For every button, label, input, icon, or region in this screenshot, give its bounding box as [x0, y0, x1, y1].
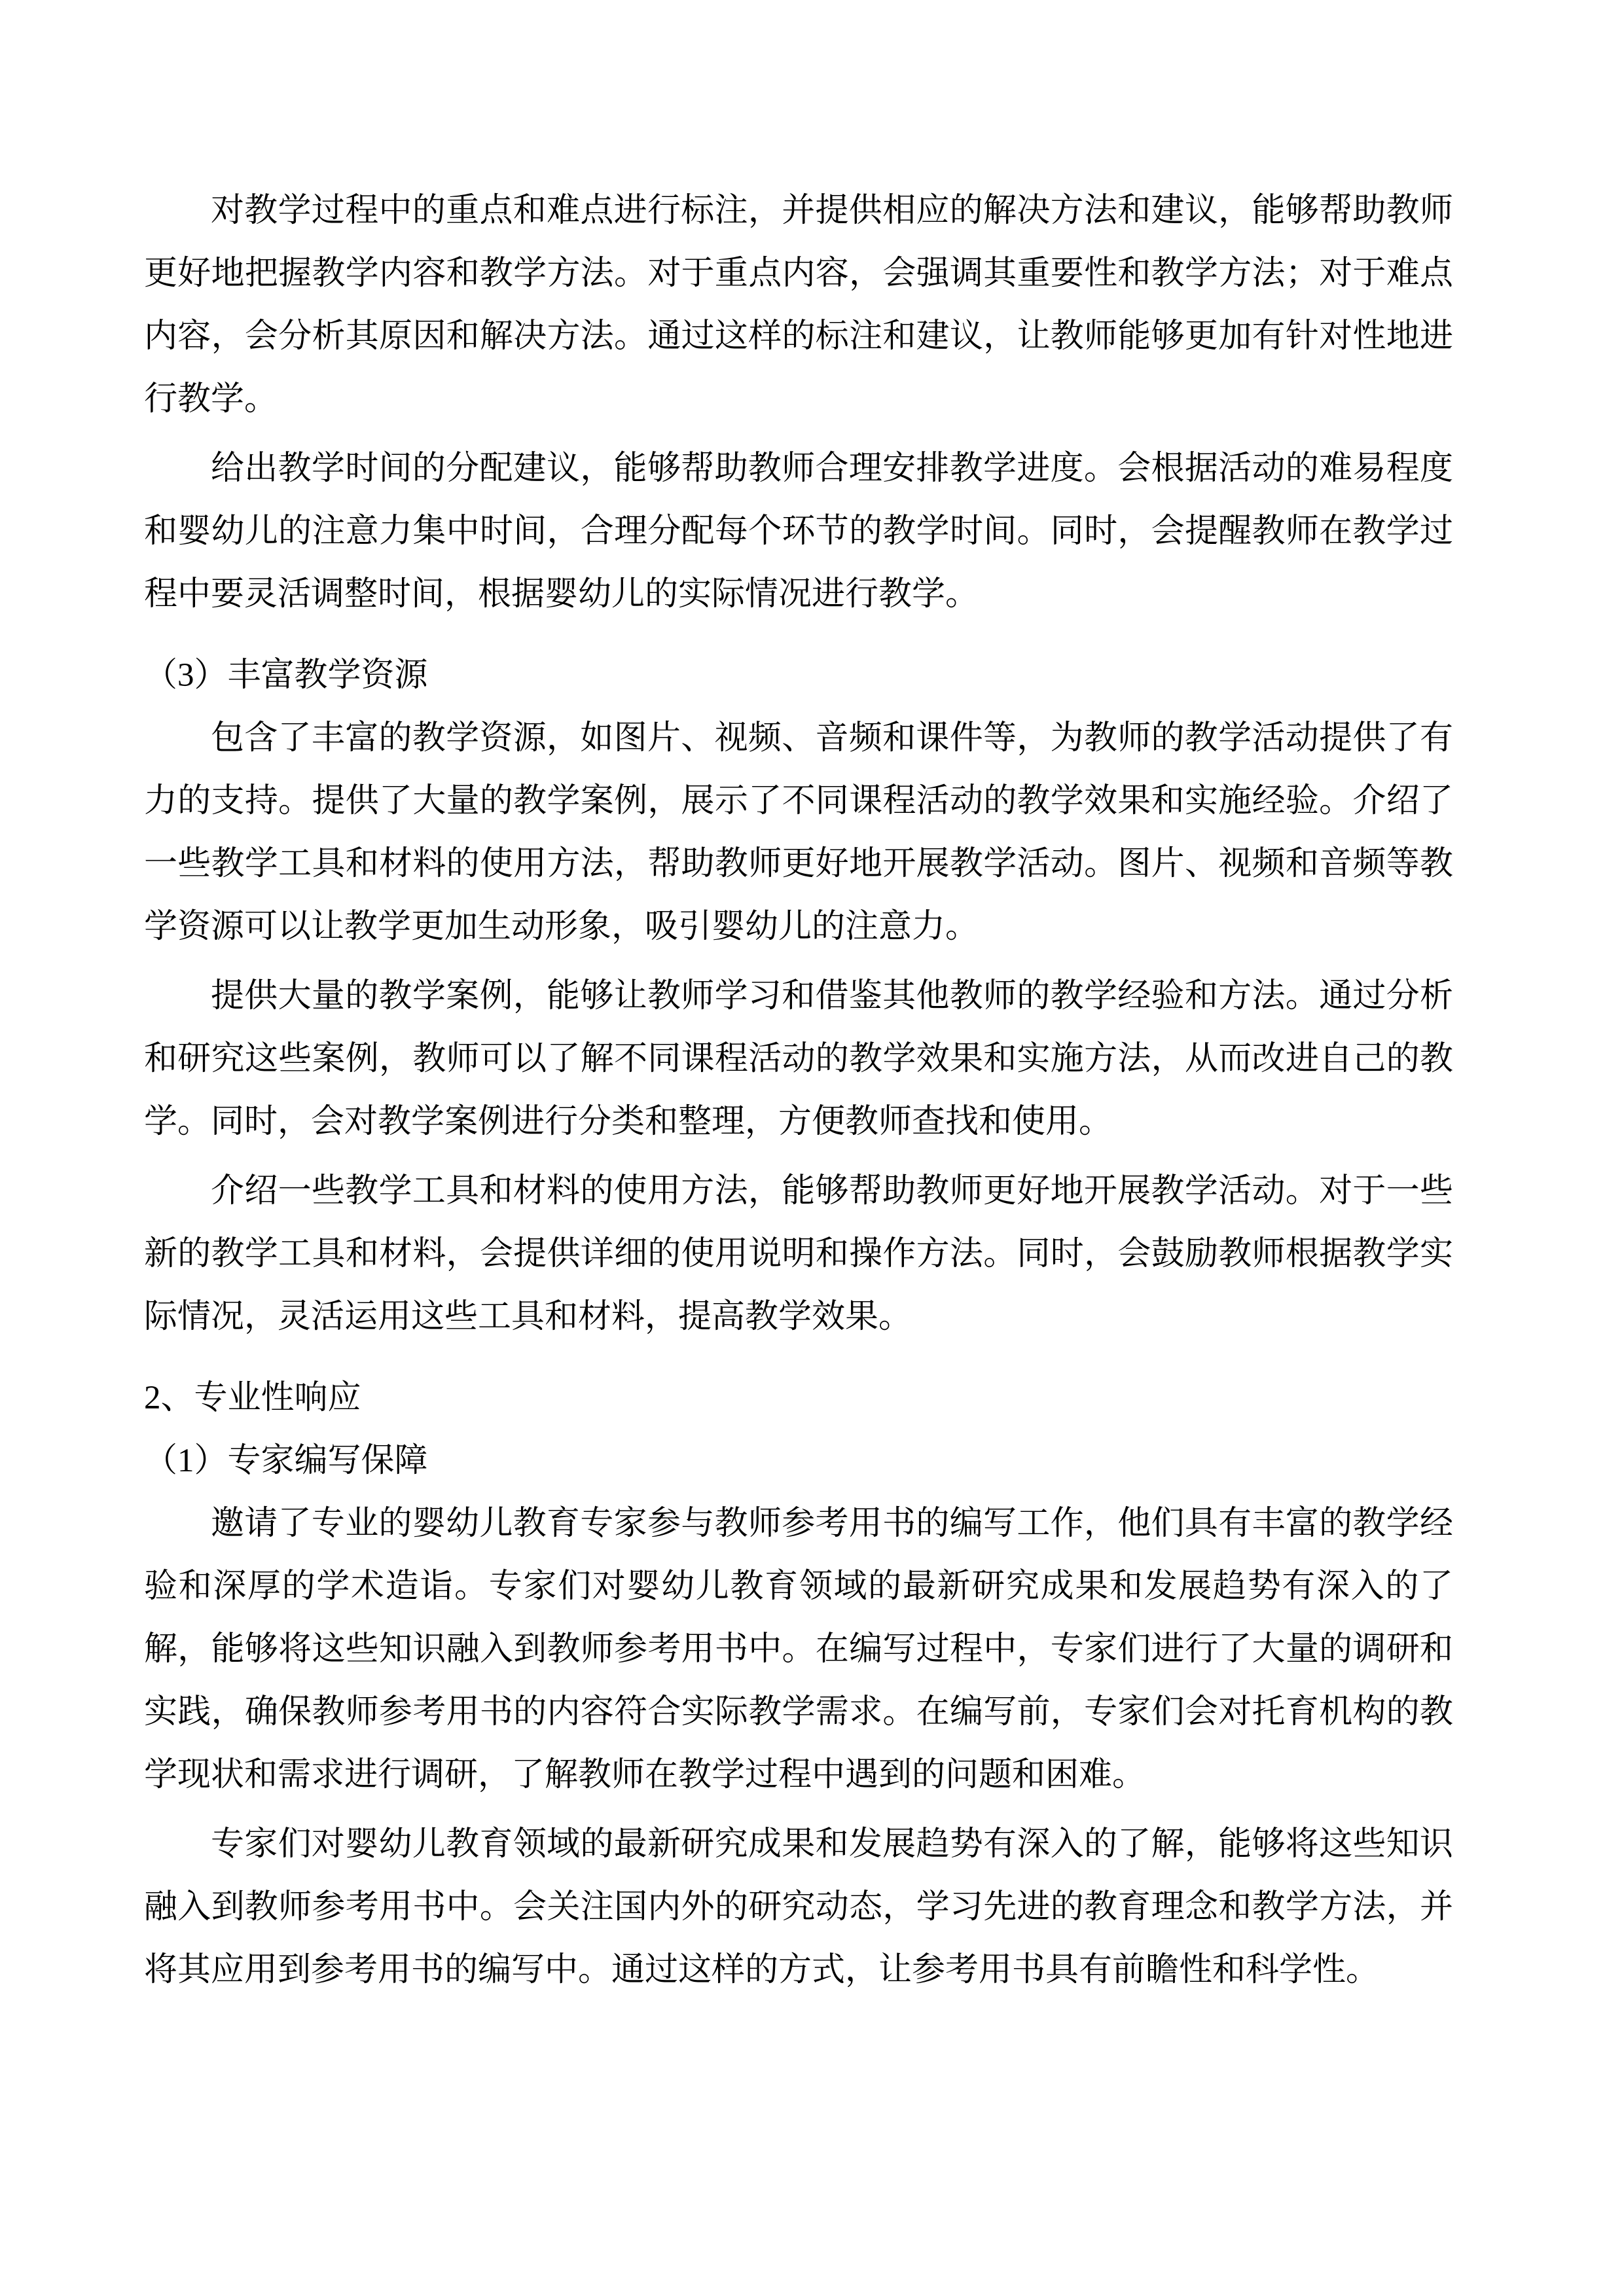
paragraph: 包含了丰富的教学资源，如图片、视频、音频和课件等，为教师的教学活动提供了有力的支…	[144, 707, 1453, 958]
section-heading: （1）专家编写保障	[144, 1429, 1453, 1492]
paragraph: 介绍一些教学工具和材料的使用方法，能够帮助教师更好地开展教学活动。对于一些新的教…	[144, 1160, 1453, 1348]
section-heading: 2、专业性响应	[144, 1367, 1453, 1429]
paragraph: 提供大量的教学案例，能够让教师学习和借鉴其他教师的教学经验和方法。通过分析和研究…	[144, 965, 1453, 1153]
paragraph: 给出教学时间的分配建议，能够帮助教师合理安排教学进度。会根据活动的难易程度和婴幼…	[144, 437, 1453, 626]
paragraph: 对教学过程中的重点和难点进行标注，并提供相应的解决方法和建议，能够帮助教师更好地…	[144, 179, 1453, 431]
paragraph: 专家们对婴幼儿教育领域的最新研究成果和发展趋势有深入的了解，能够将这些知识融入到…	[144, 1813, 1453, 2001]
document-body: 对教学过程中的重点和难点进行标注，并提供相应的解决方法和建议，能够帮助教师更好地…	[144, 179, 1453, 2001]
document-page: 对教学过程中的重点和难点进行标注，并提供相应的解决方法和建议，能够帮助教师更好地…	[0, 0, 1624, 2296]
paragraph: 邀请了专业的婴幼儿教育专家参与教师参考用书的编写工作，他们具有丰富的教学经验和深…	[144, 1492, 1453, 1806]
section-heading: （3）丰富教学资源	[144, 644, 1453, 707]
